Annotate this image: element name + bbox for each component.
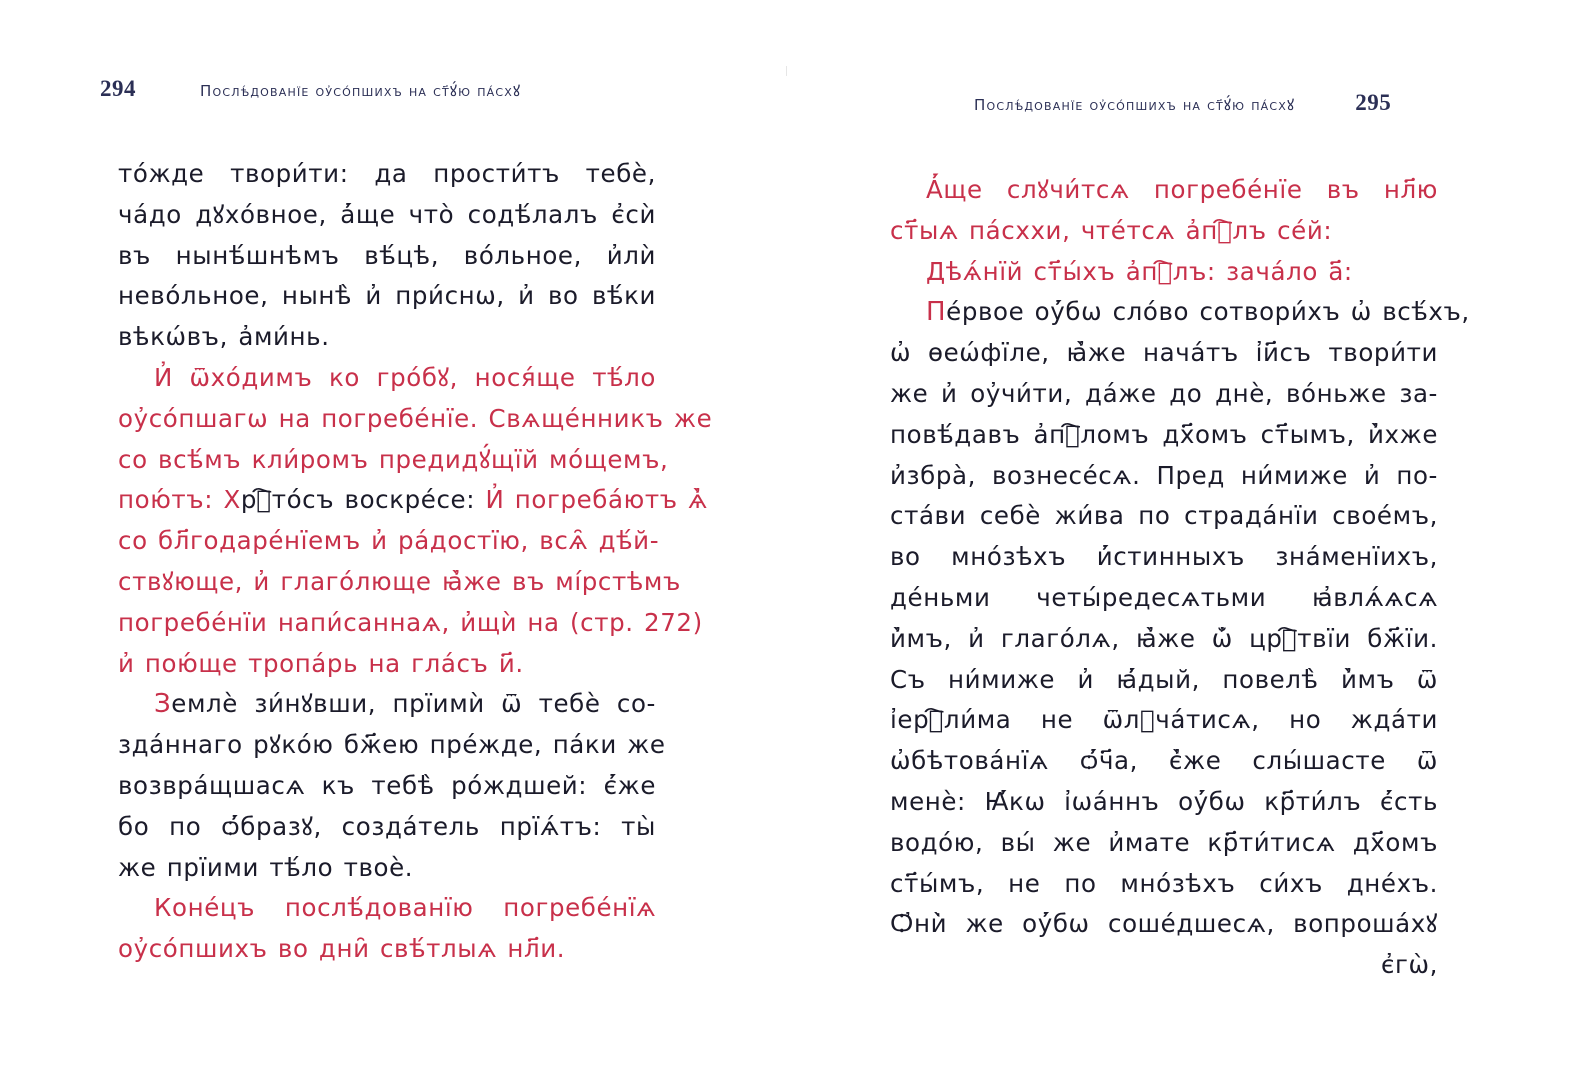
- rubric-line: И҆ ѿхо́димъ ко гро́бꙋ, нося́ще тѣ́ло: [118, 358, 656, 399]
- red-initial: П: [926, 297, 946, 327]
- text-line: повѣ́давъ а҆пⷭ҇ломъ дх҃омъ ст҃ымъ, и҆̀хж…: [890, 415, 1438, 456]
- text-line: і҆ерⷭ҇ли́ма не ѿлꙋча́тисѧ, но жда́ти: [890, 700, 1438, 741]
- left-page: 294 Послѣ́дованїе оу҆со́пшихъ на ст҃ꙋ́ю …: [0, 0, 788, 1080]
- page-number: 295: [1355, 90, 1391, 116]
- text-line: ст҃ы́мъ, не по мно́зѣхъ си́хъ дне́хъ.: [890, 864, 1438, 905]
- text-line: же прїими тѣ́ло твоѐ.: [118, 848, 656, 889]
- rubric-segment: пою́тъ: Х: [118, 485, 241, 514]
- text-line: бо по ѻ҆́бразꙋ, созда́тель прїѧ́тъ: ты̀: [118, 807, 656, 848]
- red-initial: З: [154, 689, 171, 719]
- text-segment: емлѐ зи́нꙋвши, прїимѝ ѿ тебѐ со-: [171, 689, 656, 718]
- rubric-line: со бл҃годаре́нїемъ и҆ ра́достїю, всѧ̑ дѣ…: [118, 521, 656, 562]
- rubric-segment: И҆ погреба́ютъ ѧ҆̀: [475, 485, 708, 514]
- text-line: вѣкѡ́въ, а҆ми́нь.: [118, 317, 656, 358]
- right-text-block: А҆́ще слꙋчи́тсѧ погребе́нїе въ нл҃ю ст҃ы…: [890, 170, 1438, 986]
- text-line: Пе́рвое оу҆́бѡ сло́во сотвори́хъ ѡ҆ всѣ́…: [890, 292, 1438, 333]
- text-line: въ нынѣ́шнѣмъ вѣ́цѣ, во́льное, и҆лѝ: [118, 236, 656, 277]
- incipit-segment: рⷭ҇то́съ воскре́се:: [241, 485, 475, 514]
- running-head-title: Послѣ́дованїе оу҆со́пшихъ на ст҃ꙋ́ю па́с…: [200, 81, 521, 101]
- text-line: ста́ви себѐ жи́ва по страда́нїи свое́мъ,: [890, 496, 1438, 537]
- text-line: же и҆ оу҆чи́ти, да́же до днѐ, во́ньже за…: [890, 374, 1438, 415]
- rubric-mixed-line: пою́тъ: Хрⷭ҇то́съ воскре́се: И҆ погреба́…: [118, 480, 656, 521]
- rubric-line: ствꙋюще, и҆ глаго́люще ꙗ҆̀же въ мі́рстѣм…: [118, 562, 656, 603]
- left-running-head: 294 Послѣ́дованїе оу҆со́пшихъ на ст҃ꙋ́ю …: [100, 76, 521, 102]
- text-line: Ѻ҆ни̇̀ же оу҆́бѡ соше́дшесѧ, вопроша́хꙋ: [890, 904, 1438, 945]
- right-page: Послѣ́дованїе оу҆со́пшихъ на ст҃ꙋ́ю па́с…: [789, 0, 1577, 1080]
- book-spread: 294 Послѣ́дованїе оу҆со́пшихъ на ст҃ꙋ́ю …: [0, 0, 1577, 1080]
- text-line: Землѐ зи́нꙋвши, прїимѝ ѿ тебѐ со-: [118, 684, 656, 725]
- text-line: возвра́щшасѧ къ тебѣ̀ ро́ждшей: є҆́же: [118, 766, 656, 807]
- text-line: и҆̀мъ, и҆ глаго́лѧ, ꙗ҆̀же ѡ҆̆ црⷭ҇твїи б…: [890, 619, 1438, 660]
- rubric-line: со всѣ́мъ кли́ромъ предидꙋ́щїй мо́щемъ,: [118, 440, 656, 481]
- catchword: є҆гѡ̀,: [890, 945, 1438, 986]
- rubric-line: Коне́цъ послѣ́дованїю погребе́нїѧ: [118, 888, 656, 929]
- page-number: 294: [100, 76, 136, 102]
- text-line: ѡ҆бѣтова́нїѧ ѻ҆́ч҃а, є҆̀же слы́шасте ѿ: [890, 741, 1438, 782]
- rubric-line: оу҆со́пшагѡ на погребе́нїе. Свѧще́нникъ …: [118, 399, 656, 440]
- text-line: нево́льное, нынѣ̀ и҆ при́снѡ, и҆ во вѣ́к…: [118, 276, 656, 317]
- rubric-line: погребе́нїи напи́саннаѧ, и҆щѝ на (стр. 2…: [118, 603, 656, 644]
- right-running-head: Послѣ́дованїе оу҆со́пшихъ на ст҃ꙋ́ю па́с…: [974, 90, 1391, 116]
- text-line: зда́ннаго рꙋко́ю бж҃ею пре́жде, па́ки же: [118, 725, 656, 766]
- reading-heading: Дѣѧ́нїй ст҃ы́хъ а҆пⷭ҇лъ: зача́ло а҃:: [890, 252, 1438, 293]
- text-line: де́ньми четы́редесѧтьми ꙗ҆влѧ́ѧсѧ: [890, 578, 1438, 619]
- text-line: и҆збра̀, вознесе́сѧ. Пред ни́миже и҆ по-: [890, 456, 1438, 497]
- text-segment: е́рвое оу҆́бѡ сло́во сотвори́хъ ѡ҆ всѣ́х…: [946, 297, 1470, 326]
- rubric-line: А҆́ще слꙋчи́тсѧ погребе́нїе въ нл҃ю: [890, 170, 1438, 211]
- rubric-line: оу҆со́пшихъ во дни̑ свѣ́тлыѧ нл҃и.: [118, 929, 656, 970]
- text-line: Съ ни́миже и҆ ꙗ҆́дый, повелѣ̀ и҆̀мъ ѿ: [890, 660, 1438, 701]
- text-line: во мно́зѣхъ и҆́стинныхъ зна́менїихъ,: [890, 537, 1438, 578]
- rubric-line: и҆ пою́ще тропа́рь на гла́съ и҃.: [118, 644, 656, 685]
- left-text-block: то́жде твори́ти: да прости́тъ тебѐ, ча́д…: [118, 154, 656, 970]
- running-head-title: Послѣ́дованїе оу҆со́пшихъ на ст҃ꙋ́ю па́с…: [974, 95, 1295, 115]
- text-line: ча́до дꙋхо́вное, а҆́ще что̀ содѣ́лалъ є҆…: [118, 195, 656, 236]
- text-line: водо́ю, вы́ же и҆мате кр҃ти́тисѧ дх҃омъ: [890, 823, 1438, 864]
- text-line: то́жде твори́ти: да прости́тъ тебѐ,: [118, 154, 656, 195]
- text-line: менѐ: Ꙗ҆́кѡ і҆ѡа́ннъ оу҆́бѡ кр҃ти́лъ є҆́…: [890, 782, 1438, 823]
- rubric-line: ст҃ыѧ па́сххи, чте́тсѧ а҆пⷭ҇лъ се́й:: [890, 211, 1438, 252]
- text-line: ѡ҆ ѳеѡ́фїле, ꙗ҆̀же нача́тъ і҆и҃съ твори́…: [890, 333, 1438, 374]
